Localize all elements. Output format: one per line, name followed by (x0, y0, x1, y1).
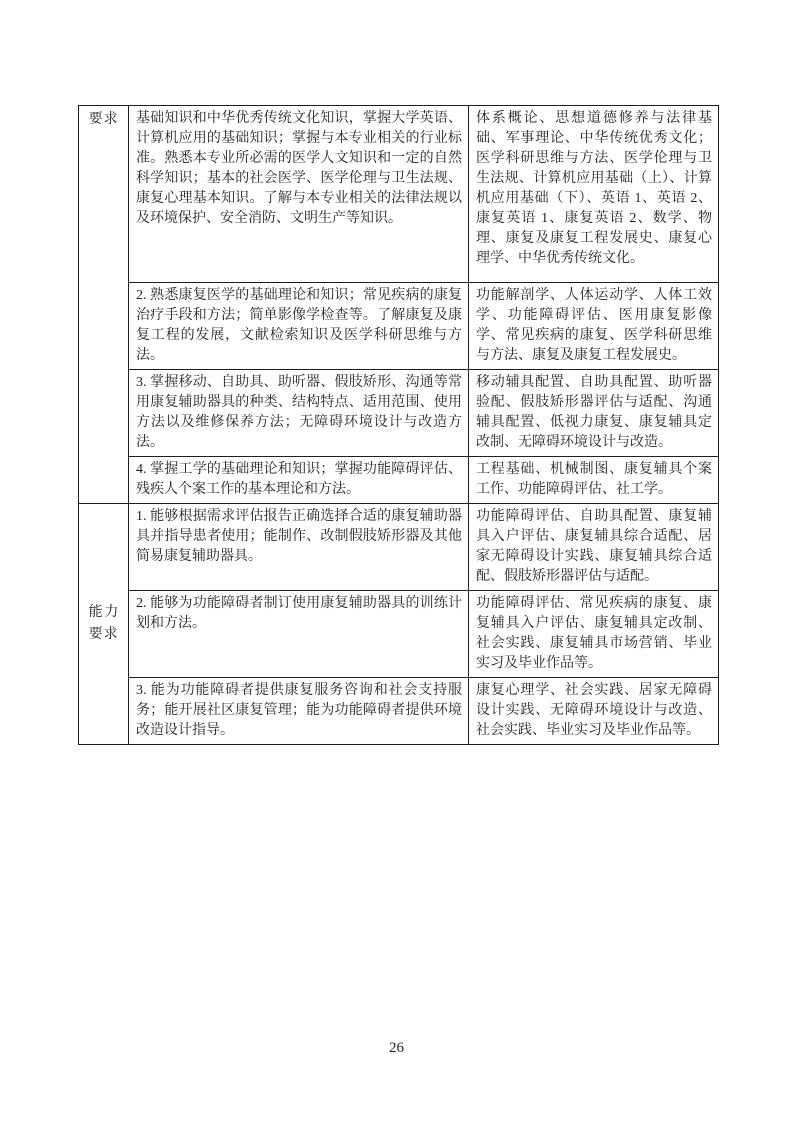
requirement-description: 4. 掌握工学的基础理论和知识；掌握功能障碍评估、残疾人个案工作的基本理论和方法… (129, 457, 469, 504)
requirement-description: 3. 能为功能障碍者提供康复服务咨询和社会支持服务；能开展社区康复管理；能为功能… (129, 678, 469, 745)
course-list: 工程基础、机械制图、康复辅具个案工作、功能障碍评估、社工学。 (469, 457, 719, 504)
course-list: 功能障碍评估、常见疾病的康复、康复辅具入户评估、康复辅具定改制、社会实践、康复辅… (469, 591, 719, 678)
table-row: 4. 掌握工学的基础理论和知识；掌握功能障碍评估、残疾人个案工作的基本理论和方法… (79, 457, 719, 504)
course-list: 康复心理学、社会实践、居家无障碍设计实践、无障碍环境设计与改造、社会实践、毕业实… (469, 678, 719, 745)
requirement-description: 2. 熟悉康复医学的基础理论和知识；常见疾病的康复治疗手段和方法；简单影像学检查… (129, 283, 469, 370)
course-list: 功能解剖学、人体运动学、人体工效学、功能障碍评估、医用康复影像学、常见疾病的康复… (469, 283, 719, 370)
requirement-description: 基础知识和中华优秀传统文化知识，掌握大学英语、计算机应用的基础知识；掌握与本专业… (129, 106, 469, 283)
requirement-description: 3. 掌握移动、自助具、助听器、假肢矫形、沟通等常用康复辅助器具的种类、结构特点… (129, 370, 469, 457)
section-label-requirements: 要求 (79, 106, 129, 504)
document-page: 要求 基础知识和中华优秀传统文化知识，掌握大学英语、计算机应用的基础知识；掌握与… (0, 0, 793, 1122)
table-row: 2. 熟悉康复医学的基础理论和知识；常见疾病的康复治疗手段和方法；简单影像学检查… (79, 283, 719, 370)
page-number: 26 (0, 1040, 793, 1057)
table-row: 要求 基础知识和中华优秀传统文化知识，掌握大学英语、计算机应用的基础知识；掌握与… (79, 106, 719, 283)
table-row: 3. 能为功能障碍者提供康复服务咨询和社会支持服务；能开展社区康复管理；能为功能… (79, 678, 719, 745)
course-list: 移动辅具配置、自助具配置、助听器验配、假肢矫形器评估与适配、沟通辅具配置、低视力… (469, 370, 719, 457)
course-list: 功能障碍评估、自助具配置、康复辅具入户评估、康复辅具综合适配、居家无障碍设计实践… (469, 504, 719, 591)
table-row: 能力要求 1. 能够根据需求评估报告正确选择合适的康复辅助器具并指导患者使用；能… (79, 504, 719, 591)
table-row: 2. 能够为功能障碍者制订使用康复辅助器具的训练计划和方法。 功能障碍评估、常见… (79, 591, 719, 678)
section-label-ability-requirements: 能力要求 (79, 504, 129, 745)
section-label-text: 要求 (89, 109, 120, 131)
requirement-description: 1. 能够根据需求评估报告正确选择合适的康复辅助器具并指导患者使用；能制作、改制… (129, 504, 469, 591)
course-list: 体系概论、思想道德修养与法律基础、军事理论、中华传统优秀文化；医学科研思维与方法… (469, 106, 719, 283)
section-label-text: 能力要求 (89, 602, 120, 646)
requirement-description: 2. 能够为功能障碍者制订使用康复辅助器具的训练计划和方法。 (129, 591, 469, 678)
requirements-table: 要求 基础知识和中华优秀传统文化知识，掌握大学英语、计算机应用的基础知识；掌握与… (78, 105, 719, 745)
table-row: 3. 掌握移动、自助具、助听器、假肢矫形、沟通等常用康复辅助器具的种类、结构特点… (79, 370, 719, 457)
